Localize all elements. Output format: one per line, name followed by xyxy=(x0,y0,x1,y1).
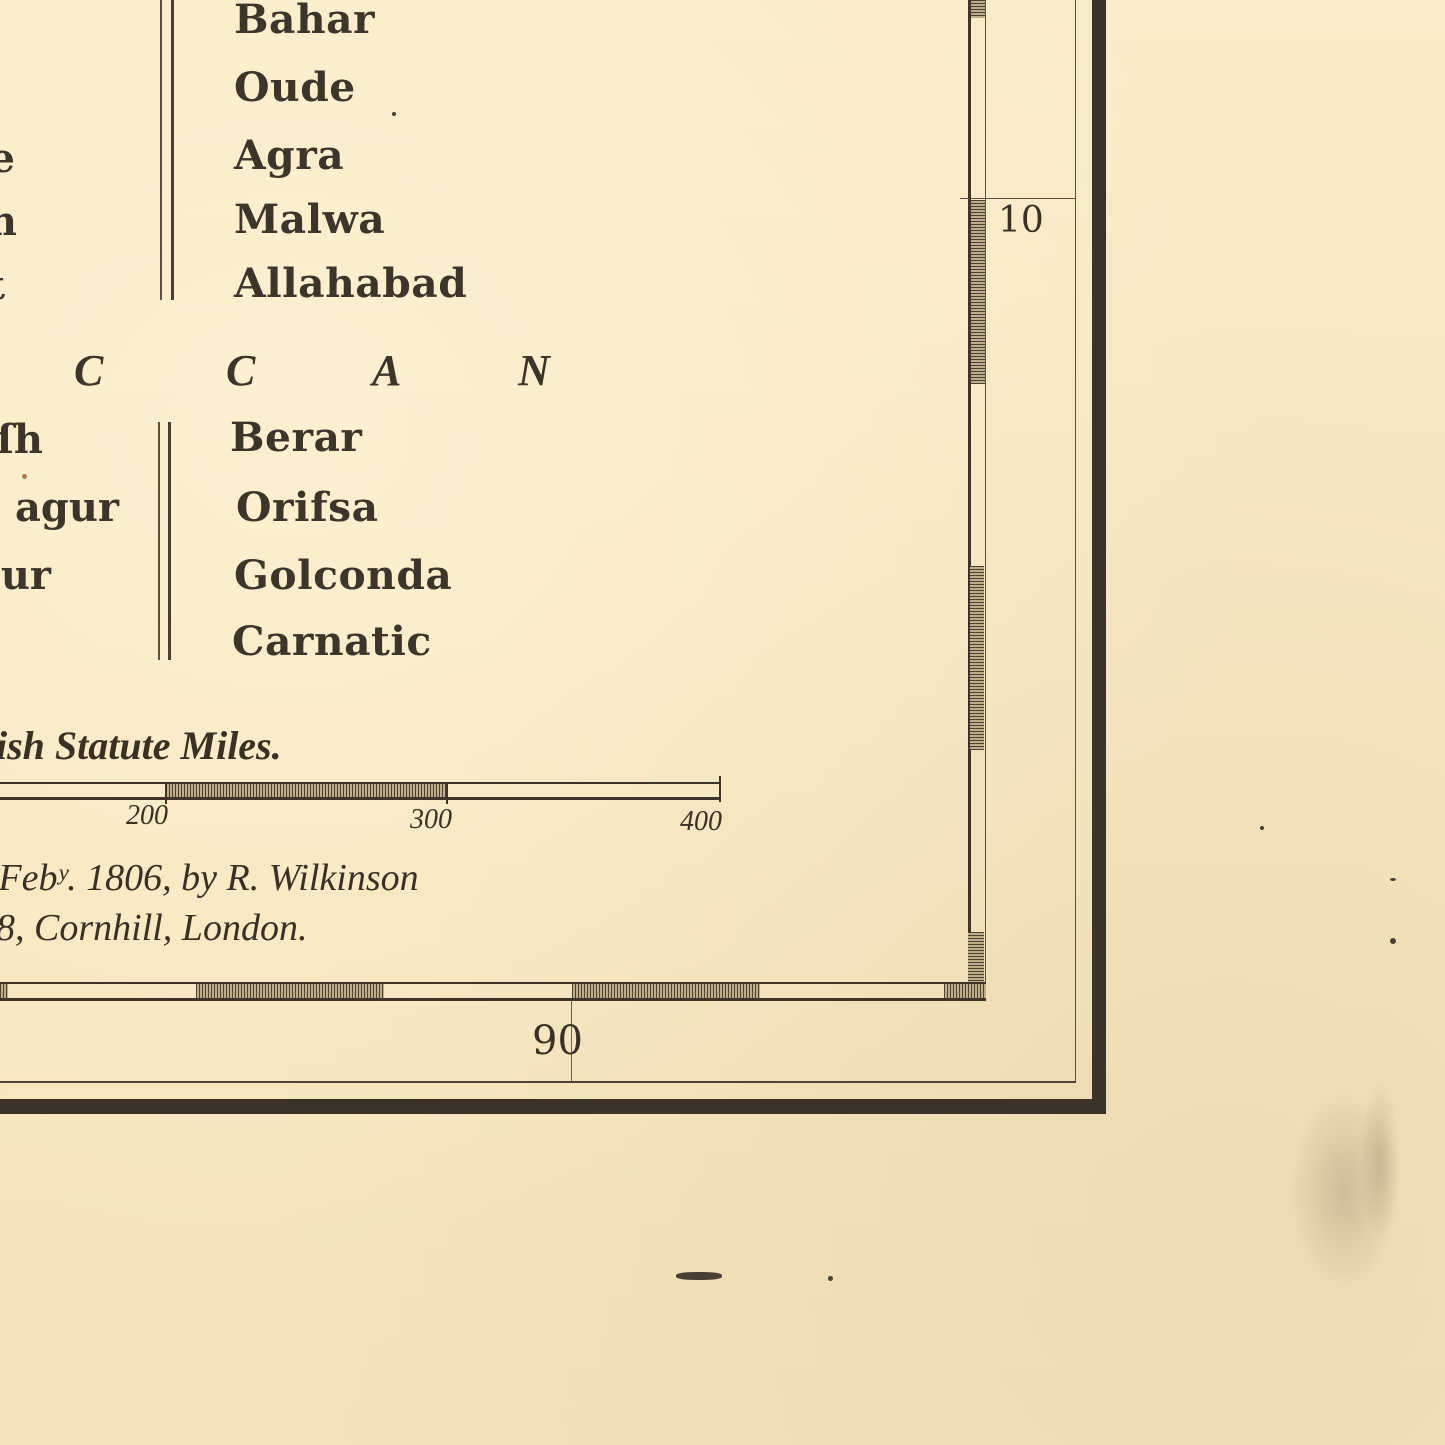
ink-speck-5 xyxy=(1390,938,1396,944)
latitude-tick-10 xyxy=(960,198,1076,199)
paper-stain-2 xyxy=(1360,1080,1400,1240)
province-golconda: Golconda xyxy=(234,552,452,599)
ink-blot xyxy=(676,1272,722,1280)
ink-speck-4 xyxy=(1390,878,1396,881)
scale-label-400: 400 xyxy=(680,806,722,838)
scale-title: ish Statute Miles. xyxy=(0,722,282,769)
region-heading-letter-n: N xyxy=(518,345,550,396)
column-divider-upper-left xyxy=(160,0,162,300)
scale-tick-400 xyxy=(719,776,721,802)
column-divider-deccan-right xyxy=(168,422,171,660)
imprint-line-1: ᵗFebʸ. 1806, by R. Wilkinson xyxy=(0,856,419,900)
neatline-inner-bottom-bottom xyxy=(0,998,986,1001)
neatline-inner-right-inner xyxy=(985,0,986,1000)
ink-speck xyxy=(22,474,27,479)
partial-province-deccan-2: agur xyxy=(15,484,119,531)
neatline-inner-right-outer xyxy=(968,0,971,1000)
neatline-right-hatch-3 xyxy=(970,566,984,750)
neatline-outer-thin-bottom xyxy=(0,1081,1076,1083)
partial-province-upper-2: n xyxy=(0,198,17,245)
province-orifsa: Orifsa xyxy=(236,484,379,531)
province-bahar: Bahar xyxy=(234,0,375,43)
neatline-bottom-hatch-3 xyxy=(572,984,760,998)
province-agra: Agra xyxy=(234,132,344,179)
province-malwa: Malwa xyxy=(234,196,385,243)
partial-province-upper-1: e xyxy=(0,135,15,182)
province-berar: Berar xyxy=(230,414,362,461)
ink-speck-3 xyxy=(1260,826,1264,830)
scale-bar xyxy=(0,782,722,802)
province-allahabad: Allahabad xyxy=(234,260,467,307)
province-carnatic: Carnatic xyxy=(232,618,432,665)
ink-speck-6 xyxy=(392,112,396,116)
province-oude: Oude xyxy=(234,64,356,111)
neatline-inner-bottom-top xyxy=(0,982,986,984)
region-heading-letter-a: A xyxy=(372,345,401,396)
scale-bar-bottom-line xyxy=(0,797,720,800)
neatline-bottom-hatch-2 xyxy=(196,984,384,998)
border-thick-right xyxy=(1092,0,1106,1114)
scale-tick-300 xyxy=(446,782,448,804)
scale-label-300: 300 xyxy=(410,804,452,836)
column-divider-deccan-left xyxy=(158,422,160,660)
region-heading-letter-c1: C xyxy=(74,345,103,396)
neatline-right-hatch-2 xyxy=(971,200,985,384)
neatline-right-hatch-1 xyxy=(971,0,985,18)
latitude-label-10: 10 xyxy=(998,200,1044,241)
partial-province-deccan-3: ur xyxy=(1,552,51,599)
neatline-bottom-hatch-4 xyxy=(944,984,986,998)
scale-label-200: 200 xyxy=(126,800,168,832)
neatline-outer-thin-right xyxy=(1075,0,1076,1083)
region-heading-letter-c2: C xyxy=(226,345,255,396)
scale-bar-hatched-segment xyxy=(166,784,447,797)
neatline-bottom-hatch-1 xyxy=(0,984,8,998)
partial-province-deccan-1: ſh xyxy=(0,416,43,463)
longitude-label-90: 90 xyxy=(532,1018,583,1064)
ink-speck-2 xyxy=(828,1276,833,1281)
partial-province-upper-3: t xyxy=(0,262,5,309)
imprint-line-2: 8, Cornhill, London. xyxy=(0,906,307,950)
border-thick-bottom xyxy=(0,1099,1106,1114)
column-divider-upper-right xyxy=(171,0,174,300)
